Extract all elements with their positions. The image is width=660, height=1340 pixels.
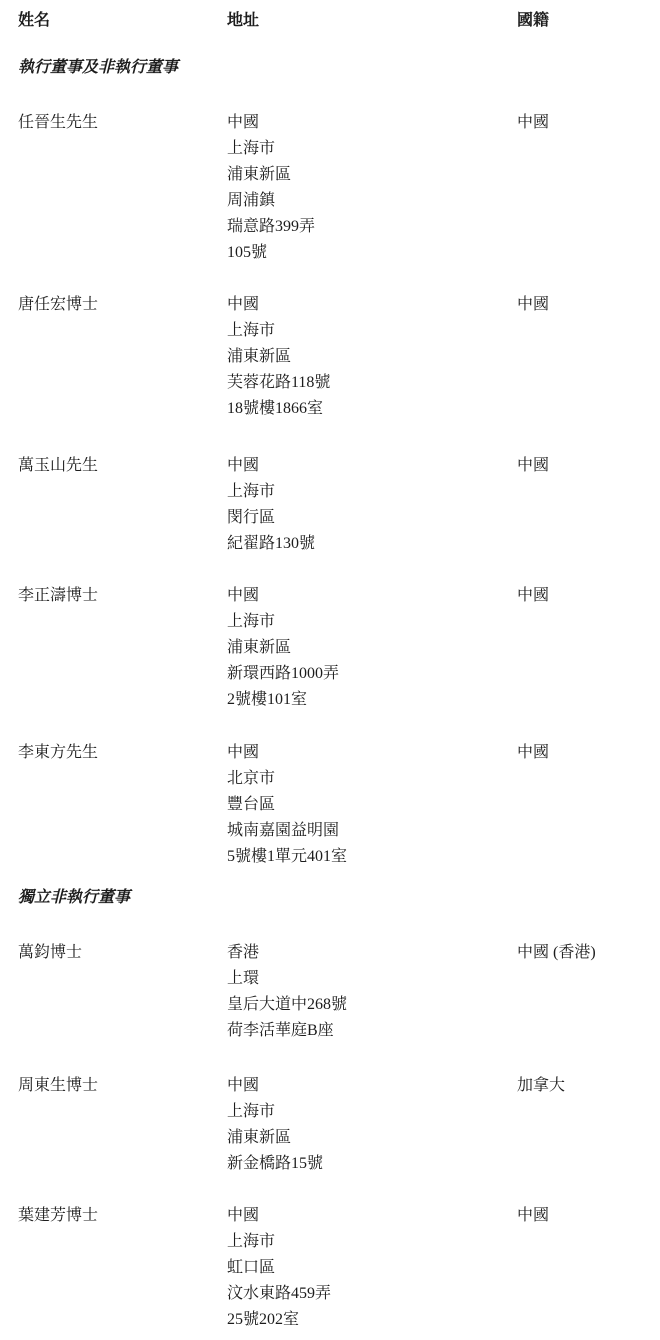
director-nationality: 中國 bbox=[517, 1203, 643, 1229]
address-line: 新環西路1000弄 bbox=[227, 661, 517, 687]
address-line: 25號202室 bbox=[227, 1307, 517, 1333]
director-address: 香港 上環 皇后大道中268號 荷李活華庭B座 bbox=[227, 940, 517, 1044]
address-line: 浦東新區 bbox=[227, 1125, 517, 1151]
address-line: 上海市 bbox=[227, 1229, 517, 1255]
director-name: 葉建芳博士 bbox=[18, 1203, 227, 1229]
address-line: 上環 bbox=[227, 966, 517, 992]
address-line: 閔行區 bbox=[227, 505, 517, 531]
column-header-name: 姓名 bbox=[18, 8, 227, 34]
director-nationality: 中國 bbox=[517, 583, 643, 609]
director-nationality: 中國 bbox=[517, 110, 643, 136]
address-line: 上海市 bbox=[227, 1099, 517, 1125]
address-line: 18號樓1866室 bbox=[227, 396, 517, 422]
table-row: 李東方先生 中國 北京市 豐台區 城南嘉園益明園 5號樓1單元401室 中國 bbox=[18, 740, 643, 870]
address-line: 芙蓉花路118號 bbox=[227, 370, 517, 396]
address-line: 5號樓1單元401室 bbox=[227, 844, 517, 870]
address-line: 周浦鎮 bbox=[227, 188, 517, 214]
director-name: 唐任宏博士 bbox=[18, 292, 227, 318]
section-title-executive-and-non-executive-directors: 執行董事及非執行董事 bbox=[18, 55, 643, 81]
director-name: 萬玉山先生 bbox=[18, 453, 227, 479]
address-line: 虹口區 bbox=[227, 1255, 517, 1281]
address-line: 中國 bbox=[227, 1203, 517, 1229]
address-line: 浦東新區 bbox=[227, 635, 517, 661]
director-address: 中國 上海市 浦東新區 新金橋路15號 bbox=[227, 1073, 517, 1177]
director-nationality: 中國 bbox=[517, 740, 643, 766]
table-row: 唐任宏博士 中國 上海市 浦東新區 芙蓉花路118號 18號樓1866室 中國 bbox=[18, 292, 643, 422]
address-line: 汶水東路459弄 bbox=[227, 1281, 517, 1307]
table-header-row: 姓名 地址 國籍 bbox=[18, 8, 643, 34]
director-name: 李正濤博士 bbox=[18, 583, 227, 609]
director-name: 周東生博士 bbox=[18, 1073, 227, 1099]
director-address: 中國 上海市 浦東新區 周浦鎮 瑞意路399弄 105號 bbox=[227, 110, 517, 266]
director-address: 中國 北京市 豐台區 城南嘉園益明園 5號樓1單元401室 bbox=[227, 740, 517, 870]
address-line: 中國 bbox=[227, 453, 517, 479]
address-line: 中國 bbox=[227, 740, 517, 766]
address-line: 北京市 bbox=[227, 766, 517, 792]
director-address: 中國 上海市 虹口區 汶水東路459弄 25號202室 bbox=[227, 1203, 517, 1333]
table-row: 萬鈞博士 香港 上環 皇后大道中268號 荷李活華庭B座 中國 (香港) bbox=[18, 940, 643, 1044]
address-line: 上海市 bbox=[227, 318, 517, 344]
director-address: 中國 上海市 浦東新區 芙蓉花路118號 18號樓1866室 bbox=[227, 292, 517, 422]
address-line: 105號 bbox=[227, 240, 517, 266]
director-address: 中國 上海市 閔行區 紀翟路130號 bbox=[227, 453, 517, 557]
address-line: 皇后大道中268號 bbox=[227, 992, 517, 1018]
table-row: 葉建芳博士 中國 上海市 虹口區 汶水東路459弄 25號202室 中國 bbox=[18, 1203, 643, 1333]
address-line: 上海市 bbox=[227, 136, 517, 162]
table-row: 任晉生先生 中國 上海市 浦東新區 周浦鎮 瑞意路399弄 105號 中國 bbox=[18, 110, 643, 266]
address-line: 城南嘉園益明園 bbox=[227, 818, 517, 844]
address-line: 新金橋路15號 bbox=[227, 1151, 517, 1177]
director-nationality: 加拿大 bbox=[517, 1073, 643, 1099]
director-name: 萬鈞博士 bbox=[18, 940, 227, 966]
address-line: 中國 bbox=[227, 292, 517, 318]
address-line: 2號樓101室 bbox=[227, 687, 517, 713]
address-line: 中國 bbox=[227, 1073, 517, 1099]
address-line: 中國 bbox=[227, 110, 517, 136]
address-line: 香港 bbox=[227, 940, 517, 966]
section-title-independent-non-executive-directors: 獨立非執行董事 bbox=[18, 885, 643, 911]
address-line: 瑞意路399弄 bbox=[227, 214, 517, 240]
address-line: 豐台區 bbox=[227, 792, 517, 818]
director-nationality: 中國 (香港) bbox=[517, 940, 643, 966]
address-line: 上海市 bbox=[227, 609, 517, 635]
table-row: 周東生博士 中國 上海市 浦東新區 新金橋路15號 加拿大 bbox=[18, 1073, 643, 1177]
address-line: 中國 bbox=[227, 583, 517, 609]
table-row: 李正濤博士 中國 上海市 浦東新區 新環西路1000弄 2號樓101室 中國 bbox=[18, 583, 643, 713]
director-name: 任晉生先生 bbox=[18, 110, 227, 136]
address-line: 上海市 bbox=[227, 479, 517, 505]
column-header-nationality: 國籍 bbox=[517, 8, 643, 34]
directors-table-page: 姓名 地址 國籍 執行董事及非執行董事 任晉生先生 中國 上海市 浦東新區 周浦… bbox=[0, 0, 660, 1333]
director-address: 中國 上海市 浦東新區 新環西路1000弄 2號樓101室 bbox=[227, 583, 517, 713]
director-nationality: 中國 bbox=[517, 292, 643, 318]
address-line: 浦東新區 bbox=[227, 162, 517, 188]
table-row: 萬玉山先生 中國 上海市 閔行區 紀翟路130號 中國 bbox=[18, 453, 643, 557]
address-line: 紀翟路130號 bbox=[227, 531, 517, 557]
column-header-address: 地址 bbox=[227, 8, 517, 34]
address-line: 浦東新區 bbox=[227, 344, 517, 370]
director-name: 李東方先生 bbox=[18, 740, 227, 766]
address-line: 荷李活華庭B座 bbox=[227, 1018, 517, 1044]
director-nationality: 中國 bbox=[517, 453, 643, 479]
